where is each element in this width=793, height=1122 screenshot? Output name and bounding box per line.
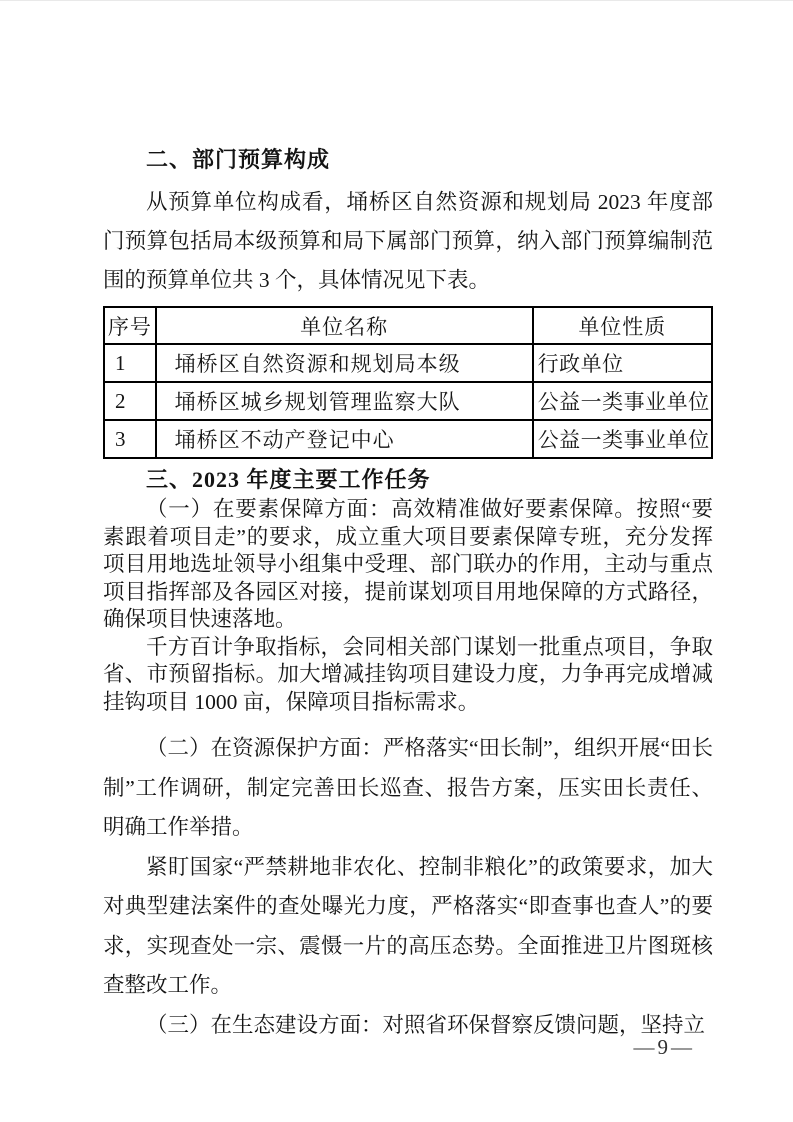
cell-unit-type: 行政单位: [533, 344, 712, 382]
cell-index: 3: [104, 420, 156, 458]
task-paragraph-1: （一）在要素保障方面：高效精准做好要素保障。按照“要素跟着项目走”的要求，成立重…: [103, 496, 713, 634]
cell-unit-name: 埇桥区自然资源和规划局本级: [156, 344, 533, 382]
cell-index: 1: [104, 344, 156, 382]
cell-index: 2: [104, 382, 156, 420]
header-cell-unit-name: 单位名称: [156, 307, 533, 344]
task-paragraph-2: 千方百计争取指标，会同相关部门谋划一批重点项目，争取省、市预留指标。加大增减挂钩…: [103, 634, 713, 717]
page-number: —9—: [634, 1035, 696, 1060]
header-cell-index: 序号: [104, 307, 156, 344]
task-paragraph-5: （三）在生态建设方面：对照省环保督察反馈问题，坚持立: [103, 1006, 713, 1046]
task-paragraph-4: 紧盯国家“严禁耕地非农化、控制非粮化”的政策要求，加大对典型建法案件的查处曝光力…: [103, 848, 713, 1006]
task-paragraph-3: （二）在资源保护方面：严格落实“田长制”，组织开展“田长制”工作调研，制定完善田…: [103, 729, 713, 848]
section-2-heading: 二、部门预算构成: [103, 147, 713, 173]
table-row: 1 埇桥区自然资源和规划局本级 行政单位: [104, 344, 712, 382]
budget-units-table: 序号 单位名称 单位性质 1 埇桥区自然资源和规划局本级 行政单位 2 埇桥区城…: [103, 306, 713, 459]
cell-unit-name: 埇桥区不动产登记中心: [156, 420, 533, 458]
cell-unit-type: 公益一类事业单位: [533, 382, 712, 420]
cell-unit-type: 公益一类事业单位: [533, 420, 712, 458]
table-header-row: 序号 单位名称 单位性质: [104, 307, 712, 344]
table-row: 2 埇桥区城乡规划管理监察大队 公益一类事业单位: [104, 382, 712, 420]
cell-unit-name: 埇桥区城乡规划管理监察大队: [156, 382, 533, 420]
header-cell-unit-type: 单位性质: [533, 307, 712, 344]
section-2-intro-paragraph: 从预算单位构成看，埇桥区自然资源和规划局 2023 年度部门预算包括局本级预算和…: [103, 183, 713, 300]
table-row: 3 埇桥区不动产登记中心 公益一类事业单位: [104, 420, 712, 458]
document-page: 二、部门预算构成 从预算单位构成看，埇桥区自然资源和规划局 2023 年度部门预…: [0, 0, 793, 1122]
section-3-heading: 三、2023 年度主要工作任务: [103, 467, 713, 493]
